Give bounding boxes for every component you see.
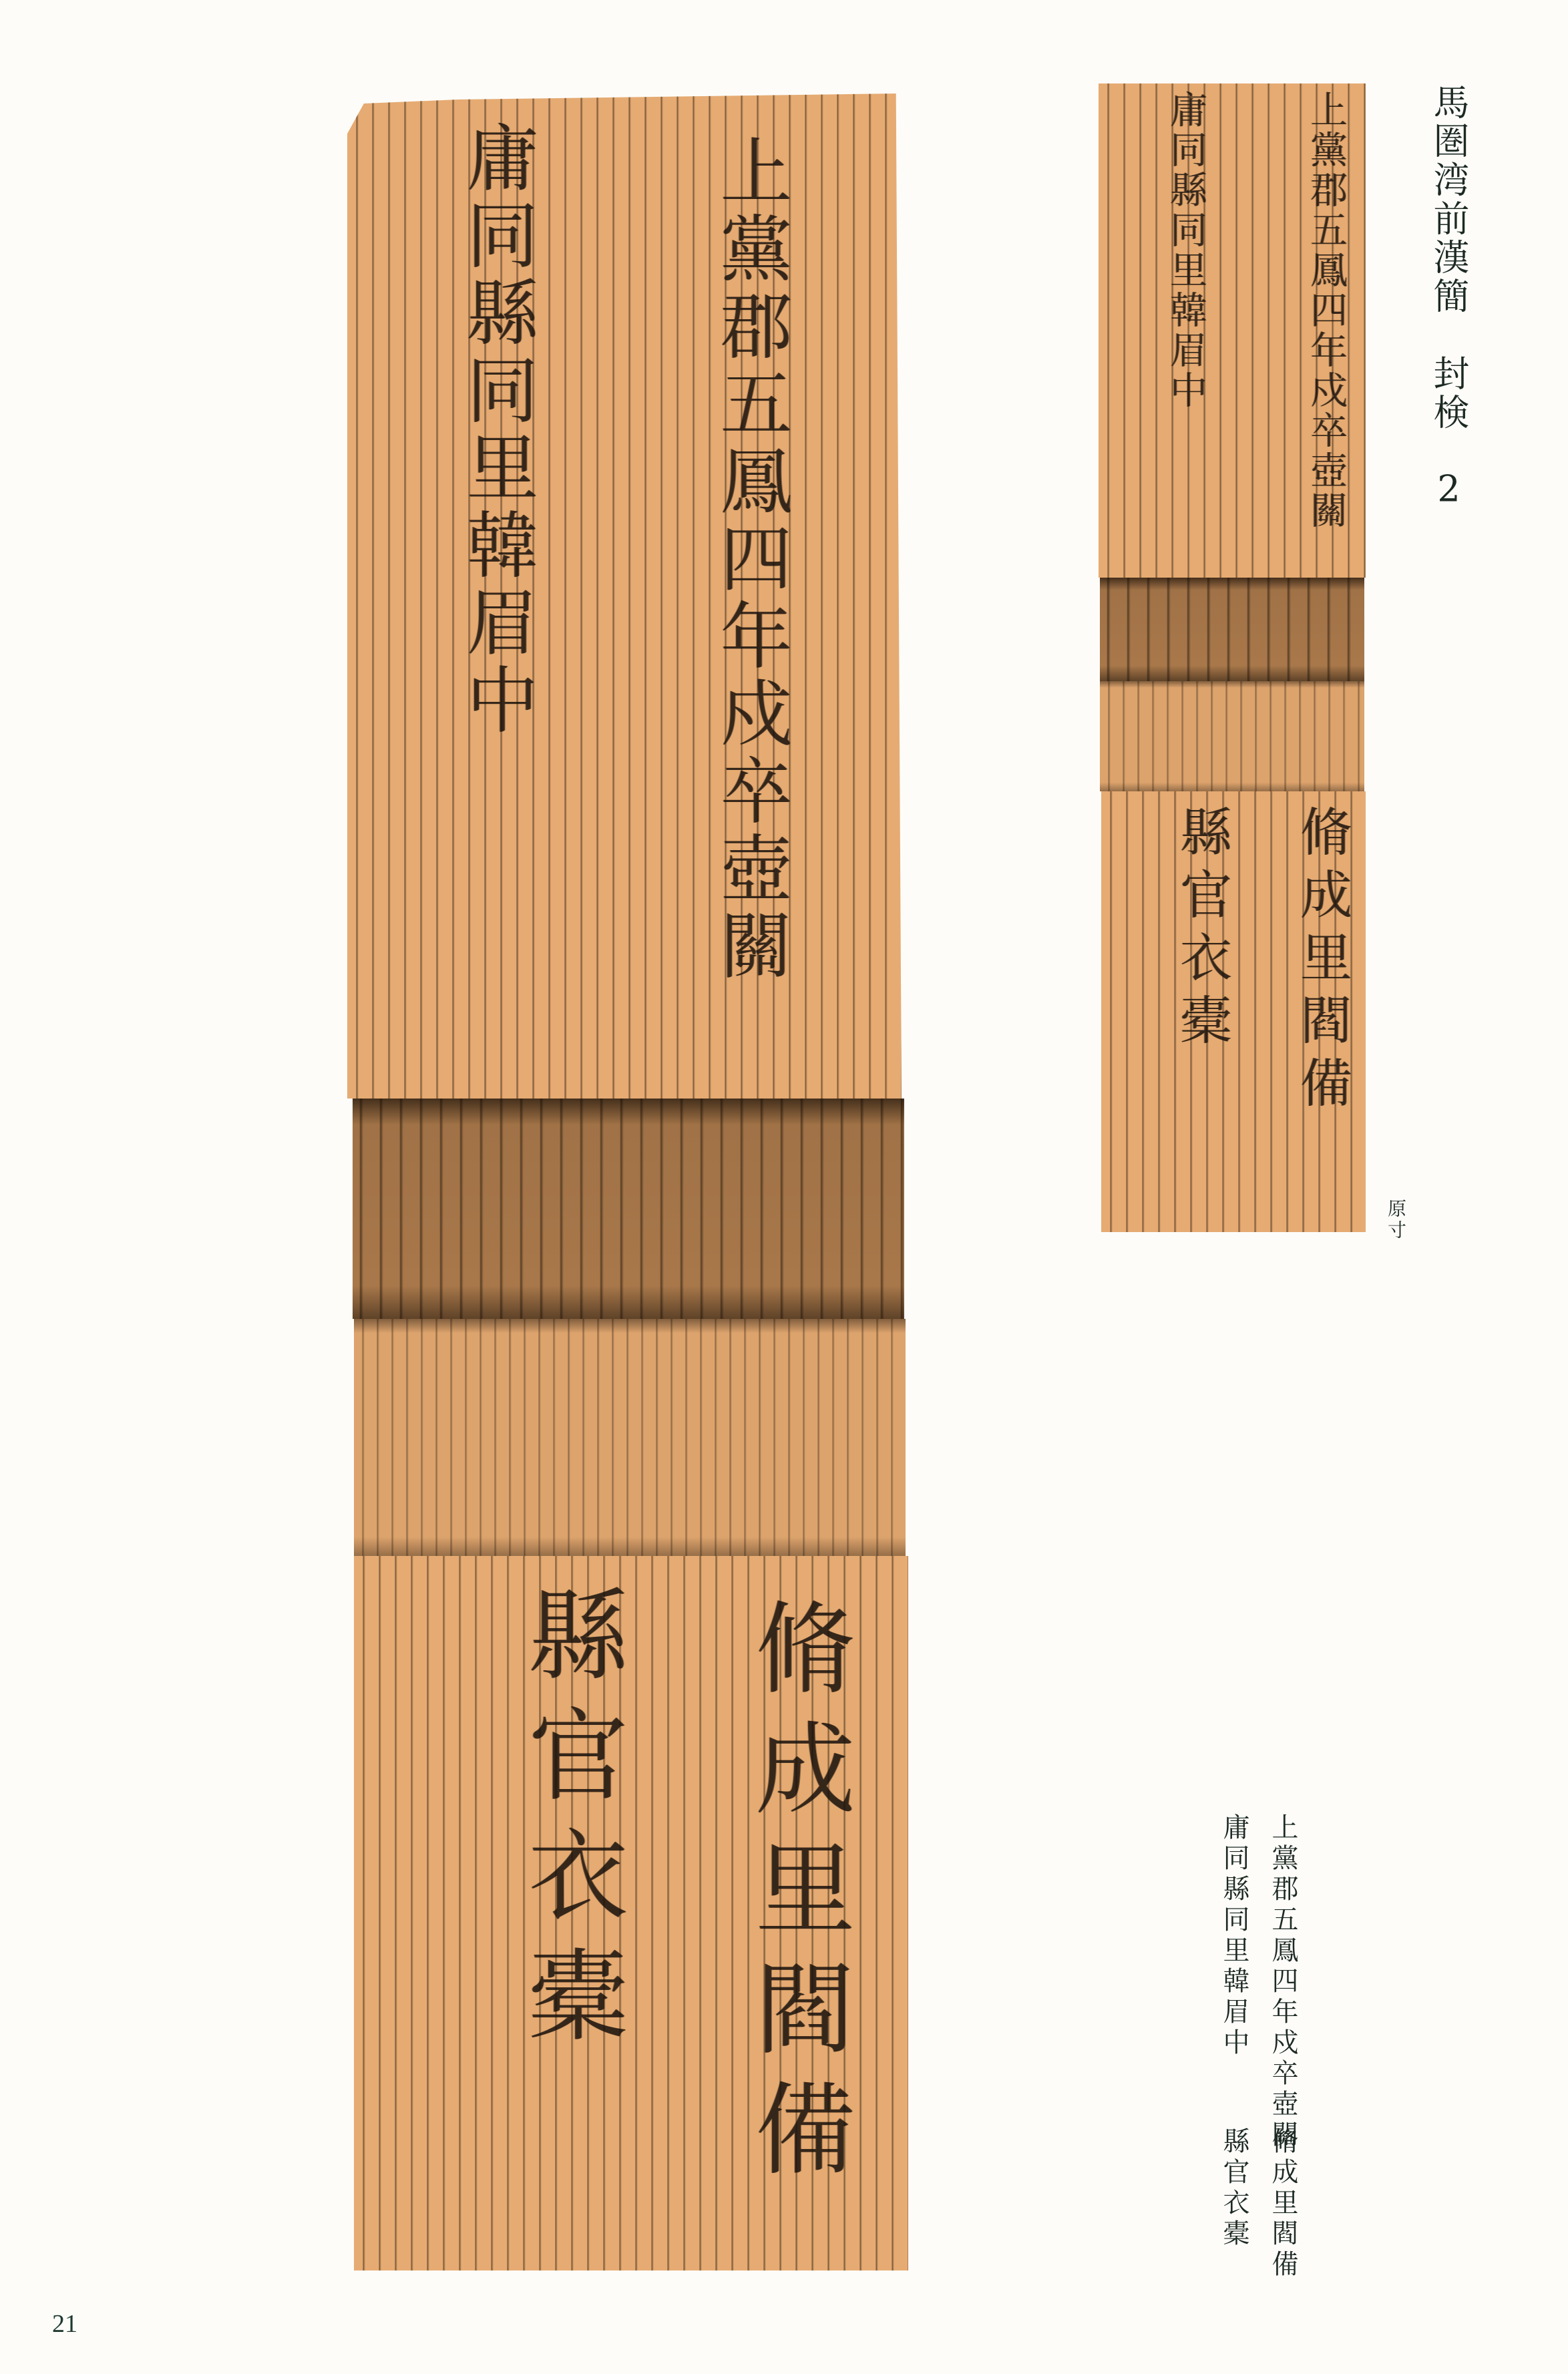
enlarged-slip-photo: 上黨郡五鳳四年戍卒壺關 庸同縣同里韓眉中 脩成里閻備 縣官衣橐 (347, 80, 908, 2270)
page-number: 21 (52, 2309, 77, 2339)
enlarged-slip-groove (353, 1099, 904, 1319)
title-number: 2 (1428, 471, 1470, 507)
original-lower-left-column: 縣官衣橐 (1164, 805, 1239, 1125)
enlarged-slip-upper-face: 上黨郡五鳳四年戍卒壺關 庸同縣同里韓眉中 (347, 93, 902, 1099)
enlarged-upper-right-column: 上黨郡五鳳四年戍卒壺關 (698, 134, 801, 1102)
enlarged-slip-lower-face: 脩成里閻備 縣官衣橐 (354, 1556, 908, 2270)
original-upper-right-column: 上黨郡五鳳四年戍卒壺關 (1299, 90, 1352, 571)
original-slip-lower-face: 脩成里閻備 縣官衣橐 (1101, 791, 1366, 1232)
page-title: 馬圏湾前漢簡 封検 2 (1429, 83, 1468, 507)
transcription-line-2-lower: 縣官衣橐 (1219, 2127, 1249, 2250)
enlarged-upper-left-column: 庸同縣同里韓眉中 (444, 120, 548, 988)
original-slip-groove (1100, 578, 1364, 681)
scale-label: 原寸 (1382, 1199, 1409, 1241)
transcription-line-2-upper: 庸同縣同里韓眉中 (1219, 1813, 1249, 2059)
original-lower-right-column: 脩成里閻備 (1284, 805, 1359, 1179)
title-main: 馬圏湾前漢簡 (1428, 83, 1470, 316)
enlarged-slip-band (354, 1319, 906, 1556)
transcription-line-1-upper: 上黨郡五鳳四年戍卒壺關 (1267, 1813, 1298, 2151)
original-slip-upper-face: 上黨郡五鳳四年戍卒壺關 庸同縣同里韓眉中 (1099, 83, 1366, 578)
transcription-line-1-lower: 脩成里閻備 (1267, 2127, 1298, 2281)
enlarged-lower-left-column: 縣官衣橐 (497, 1583, 641, 2184)
original-upper-left-column: 庸同縣同里韓眉中 (1159, 90, 1212, 504)
title-sub: 封検 (1428, 355, 1470, 432)
original-slip-band (1100, 681, 1364, 791)
original-size-slip-photo: 上黨郡五鳳四年戍卒壺關 庸同縣同里韓眉中 脩成里閻備 縣官衣橐 (1099, 83, 1366, 1232)
enlarged-lower-right-column: 脩成里閻備 (724, 1596, 868, 2264)
